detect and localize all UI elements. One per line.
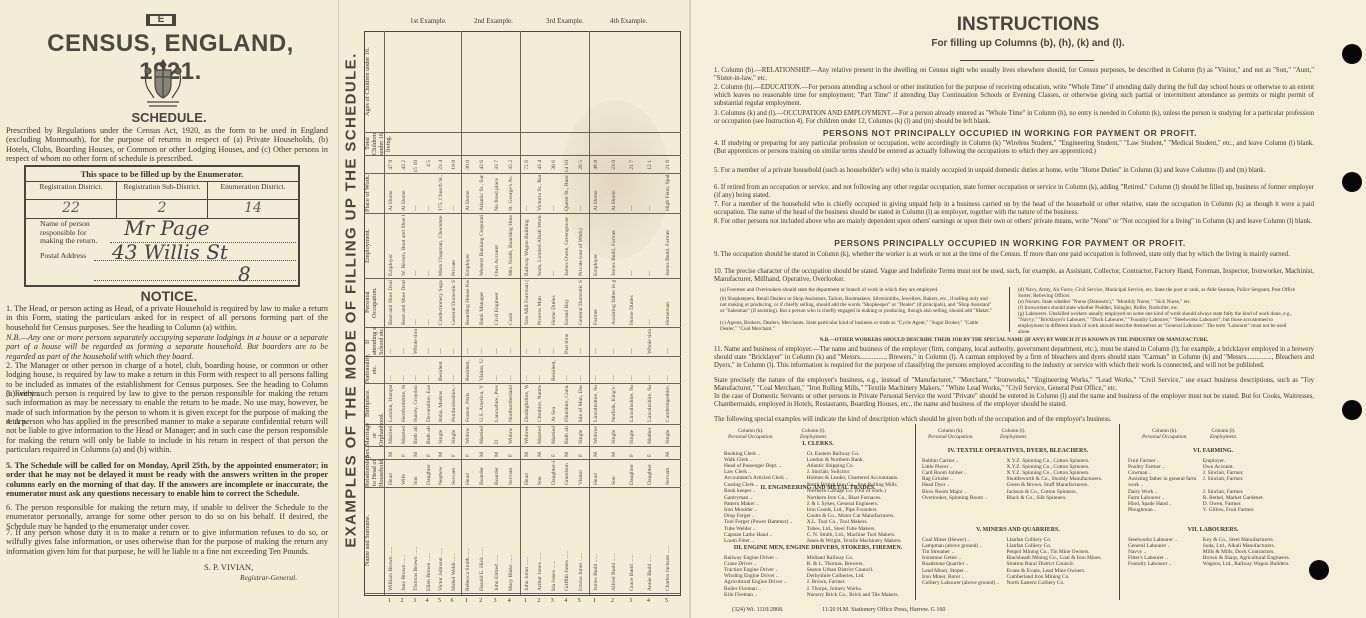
example-cell-sex: M bbox=[665, 448, 671, 457]
example-row-number: 2 bbox=[537, 598, 540, 604]
example-cell-sex: F bbox=[551, 448, 557, 457]
example-cell-occ: Saw Mill Foreman (Retired) bbox=[524, 280, 530, 325]
example-cell-nat: — bbox=[413, 358, 419, 381]
example-cell-rel: Servant bbox=[665, 461, 671, 485]
table-divider bbox=[364, 278, 681, 279]
heading-occupied: PERSONS PRINCIPALLY OCCUPIED IN WORKING … bbox=[690, 238, 1330, 248]
schedule-heading: SCHEDULE. bbox=[0, 110, 338, 125]
instruction-5: 5. For a member of a private household (… bbox=[714, 167, 1314, 175]
example-row-number: 2 bbox=[401, 598, 404, 604]
occupation-cell: Ploughman .. bbox=[1128, 507, 1203, 513]
example-cell-mar: Both alive bbox=[564, 426, 570, 444]
example-cell-school: — bbox=[578, 329, 584, 354]
example-cell-nat: Resident, British bbox=[465, 358, 471, 381]
example-row-number: 1 bbox=[524, 598, 527, 604]
occupation-example-row: Accountant's Articled Clerk ..Holmes & L… bbox=[724, 475, 912, 481]
example-cell-occ: General Domestic Servant bbox=[578, 280, 584, 325]
example-divider bbox=[461, 31, 462, 596]
example-row-number: 3 bbox=[551, 598, 554, 604]
example-cell-place: — bbox=[551, 175, 557, 211]
example-cell-school: — bbox=[479, 329, 485, 354]
example-cell-rel: Visitor bbox=[578, 461, 584, 485]
example-cell-age: 15 10 bbox=[413, 160, 419, 173]
instruction-10: 10. The precise character of the occupat… bbox=[714, 268, 1314, 284]
example-cell-mar: D bbox=[494, 426, 500, 444]
table-divider bbox=[364, 383, 681, 384]
example-cell-name: William Brown ...... bbox=[388, 489, 394, 591]
example-cell-mar: Both alive bbox=[413, 426, 419, 444]
group-heading: III. ENGINE MEN, ENGINE DRIVERS, STOKERS… bbox=[724, 545, 912, 552]
example-cell-rel: Grandson bbox=[564, 461, 570, 485]
example-cell-sex: M bbox=[524, 448, 530, 457]
example-cell-occ: Horseman bbox=[665, 280, 671, 325]
employer-cell: V. Gillow, Fruit Farmer. bbox=[1203, 507, 1298, 513]
example-cell-occ: Errand Boy bbox=[564, 280, 570, 325]
example-cell-rel: Boarder bbox=[479, 461, 485, 485]
sub-b: (b) Shopkeepers, Retail Dealers or Shop … bbox=[720, 296, 995, 314]
example-cell-place: — bbox=[451, 175, 457, 211]
occupation-example-row: Colliery Labourer (above ground) ..North… bbox=[922, 580, 1114, 586]
example-cell-emp: Employer bbox=[593, 215, 599, 276]
example-row-number: 5 bbox=[578, 598, 581, 604]
example-cell-birth: Devonshire, Exeter bbox=[426, 385, 432, 422]
occupation-example-row: Ploughman ..V. Gillow, Fruit Farmer. bbox=[1128, 507, 1298, 513]
example-row-number: 4 bbox=[426, 598, 429, 604]
occupation-example-row: Foundry Labourer ..Wagons, Ltd., Railway… bbox=[1128, 561, 1298, 567]
example-row-number: 5 bbox=[438, 598, 441, 604]
col-k-sub: Personal Occupation. bbox=[928, 434, 974, 440]
example-cell-school: — bbox=[524, 329, 530, 354]
column-divider bbox=[915, 424, 916, 600]
example-cell-name: Arthur Jones ...... bbox=[537, 489, 543, 591]
occupation-cell: Foundry Labourer .. bbox=[1128, 561, 1203, 567]
example-cell-occ: Boot and Shoe Dealer bbox=[388, 280, 394, 325]
example-cell-mar: Widow bbox=[508, 426, 514, 444]
example-cell-occ: — bbox=[413, 280, 419, 325]
heading-not-occupied: PERSONS NOT PRINCIPALLY OCCUPIED IN WORK… bbox=[690, 128, 1330, 138]
instruction-11: 11. Name and business of employer.—The n… bbox=[714, 346, 1314, 369]
example-cell-emp: Mark Chapman, Chocolate Manufacturer bbox=[438, 215, 444, 276]
example-cell-mar: Single bbox=[665, 426, 671, 444]
group-farming: VI. FARMING.Fruit Farmer ..Employer.Poul… bbox=[1128, 445, 1298, 513]
example-cell-emp: Employer bbox=[465, 215, 471, 276]
example-cell-age: 43 6 bbox=[479, 160, 485, 170]
instruction-7: 7. For a member of the household who is … bbox=[714, 201, 1314, 217]
example-cell-mar: Married bbox=[537, 426, 543, 444]
example-cell-school: — bbox=[388, 329, 394, 354]
employer-cell: J. Sinclair, Farmer. bbox=[1203, 476, 1298, 488]
example-cell-sex: F bbox=[451, 448, 457, 457]
name-field[interactable]: Mr Page bbox=[124, 216, 210, 240]
example-cell-name: Annie Budd ...... bbox=[647, 489, 653, 591]
example-cell-rel: Daughter-in-law bbox=[551, 461, 557, 485]
instructions-title: INSTRUCTIONS bbox=[690, 14, 1366, 36]
address-field[interactable]: 43 Willis St bbox=[112, 240, 228, 264]
example-cell-age: 35 2 bbox=[508, 160, 514, 170]
example-cell-rel: Daughter bbox=[647, 461, 653, 485]
col-name: Name and Surname. bbox=[364, 487, 384, 593]
example-cell-nat: Resident bbox=[438, 358, 444, 381]
example-cell-school: — bbox=[401, 329, 407, 354]
example-cell-name: Mabel Webb ...... bbox=[451, 489, 457, 591]
col-employment: Employment. bbox=[364, 213, 384, 278]
example-row-number: 4 bbox=[564, 598, 567, 604]
example-cell-place: High Fenn, Spalding bbox=[665, 175, 671, 211]
group-miners: V. MINERS AND QUARRIERS.Coal Miner (Hewe… bbox=[922, 524, 1114, 586]
occupation-example-row: Assisting father in general farm work ..… bbox=[1128, 476, 1298, 488]
example-cell-birth: Hertfordshire, St. Albans bbox=[401, 385, 407, 422]
example-cell-rel: Son bbox=[611, 461, 617, 485]
examples-title-text: EXAMPLES OF THE MODE OF FILLING UP THE S… bbox=[343, 52, 360, 547]
example-cell-school: — bbox=[508, 329, 514, 354]
example-cell-emp: — bbox=[413, 215, 419, 276]
employer-cell: Black & Co., Silk Spinners. bbox=[1006, 495, 1114, 501]
example-cell-rel: Servant bbox=[451, 461, 457, 485]
example-cell-nat: — bbox=[593, 358, 599, 381]
sub-a: (a) Foremen and Overlookers should state… bbox=[720, 287, 995, 293]
example-row-number: 5 bbox=[665, 598, 668, 604]
col-k-label-2: Column (k).Personal Occupation. bbox=[928, 428, 974, 440]
example-cell-sex: M bbox=[564, 448, 570, 457]
enumeration-district-label: Enumeration District. bbox=[208, 182, 298, 199]
notice-paragraph-5: 5. The Schedule will be called for on Mo… bbox=[6, 461, 328, 498]
example-cell-school: — bbox=[629, 329, 635, 354]
example-cell-birth: London, Hampstead bbox=[388, 385, 394, 422]
example-cell-place: At Home bbox=[465, 175, 471, 211]
example-cell-emp: James Budd, Farmer bbox=[611, 215, 617, 276]
sub-g: (g) Labourers. Unskilled workers usually… bbox=[1018, 311, 1298, 335]
instruction-2: 2. Column (h).—EDUCATION.—For persons at… bbox=[714, 84, 1314, 107]
example-cell-name: Grace Budd ...... bbox=[629, 489, 635, 591]
example-cell-nat: — bbox=[388, 358, 394, 381]
example-cell-place: Atlantic St., San Francisco bbox=[479, 175, 485, 211]
occupation-example-row: Overlooker, Spinning Room ..Black & Co.,… bbox=[922, 495, 1114, 501]
employer-cell: Nursery Brick Co., Brick and Tile Makers… bbox=[807, 592, 912, 598]
example-cell-name: Emma Jones ...... bbox=[578, 489, 584, 591]
example-cell-school: — bbox=[537, 329, 543, 354]
registration-district-label: Registration District. bbox=[26, 182, 117, 199]
instruction-3: 3. Columns (k) and (l).—OCCUPATION AND E… bbox=[714, 110, 1314, 126]
table-divider bbox=[364, 446, 681, 447]
punch-hole bbox=[1342, 44, 1362, 64]
example-cell-sex: M bbox=[388, 448, 394, 457]
example-cell-age: 28 5 bbox=[578, 160, 584, 170]
example-cell-occ: — bbox=[426, 280, 432, 325]
notice-nb: N.B.—Any one or more persons separately … bbox=[6, 333, 328, 361]
example-cell-mar: Widower bbox=[524, 426, 530, 444]
sub-c: (c) Agents, Brokers, Dealers, Merchants.… bbox=[720, 320, 995, 332]
example-cell-age: 21 6 bbox=[665, 160, 671, 170]
example-cell-sex: F bbox=[401, 448, 407, 457]
notice-heading: NOTICE. bbox=[0, 288, 338, 304]
example-row-number: 3 bbox=[629, 598, 632, 604]
example-cell-name: James Budd ...... bbox=[593, 489, 599, 591]
notice-paragraph-1: 1. The Head, or person acting as Head, o… bbox=[6, 304, 328, 332]
example-cell-nat: Visitor, U.S.A. Citizen bbox=[479, 358, 485, 381]
table-divider bbox=[364, 593, 681, 594]
example-cell-sex: F bbox=[578, 448, 584, 457]
example-cell-nat: — bbox=[564, 358, 570, 381]
example-cell-name: Rebecca Smith ...... bbox=[465, 489, 471, 591]
instruction-9: 9. The occupation should be stated in Co… bbox=[714, 251, 1314, 259]
example-cell-name: John Eldred ...... bbox=[494, 489, 500, 591]
example-cell-school: Part time bbox=[564, 329, 570, 354]
example-cell-sex: F bbox=[465, 448, 471, 457]
example-cell-emp: W. Brown, Boot and Shoe Dealer bbox=[401, 215, 407, 276]
printer-imprint: 11/20 H.M. Stationery Office Press, Harr… bbox=[822, 607, 945, 613]
example-row-number: 2 bbox=[479, 598, 482, 604]
example-cell-name: Mary Blake ...... bbox=[508, 489, 514, 591]
sub-d: (d) Navy, Army, Air Force, Civil Service… bbox=[1018, 287, 1298, 299]
example-cell-age: 19 8 bbox=[451, 160, 457, 170]
example-cell-occ: Home Duties bbox=[629, 280, 635, 325]
address-field-2[interactable]: 8 bbox=[238, 262, 251, 286]
example-cell-sex: M bbox=[438, 448, 444, 457]
example-cell-nat: — bbox=[451, 358, 457, 381]
table-divider bbox=[364, 487, 681, 488]
example-cell-emp: — bbox=[647, 215, 653, 276]
table-divider bbox=[364, 424, 681, 425]
example-row-number: 3 bbox=[494, 598, 497, 604]
example-cell-occ: Process Man bbox=[537, 280, 543, 325]
postal-address-label: Postal Address bbox=[40, 252, 86, 261]
example-cell-nat: — bbox=[494, 358, 500, 381]
occupation-example-row: Bobbin Carrier ..X.Y.Z. Spinning Co., Co… bbox=[922, 458, 1114, 464]
example-row-number: 1 bbox=[593, 598, 596, 604]
example-cell-place: — bbox=[524, 175, 530, 211]
example-cell-mar: Single bbox=[451, 426, 457, 444]
example-cell-occ: Farmer bbox=[593, 280, 599, 325]
example-cell-rel: Head bbox=[593, 461, 599, 485]
example-cell-birth: Surrey, Croydon bbox=[413, 385, 419, 422]
column-divider bbox=[1119, 424, 1120, 600]
form-letter-badge: E bbox=[146, 14, 176, 26]
example-cell-school: — bbox=[451, 329, 457, 354]
example-cell-place: 175, Church St., London, W.9 bbox=[438, 175, 444, 211]
example-cell-place: No fixed place bbox=[494, 175, 500, 211]
example-cell-rel: Wife bbox=[401, 461, 407, 485]
example-cell-place: At Home bbox=[593, 175, 599, 211]
example-cell-birth: At Sea bbox=[551, 385, 557, 422]
col-total-children: Total Children under 16 living. bbox=[364, 132, 384, 155]
group-heading: VII. LABOURERS. bbox=[1128, 527, 1298, 534]
nb-line: N.B.—OTHER WORKERS SHOULD DESCRIBE THEIR… bbox=[714, 337, 1314, 343]
example-cell-place: — bbox=[629, 175, 635, 211]
name-of-person-label: Name of person responsible for making th… bbox=[40, 220, 108, 246]
print-code: (324) Wt. 1110/2868. bbox=[732, 607, 783, 613]
example-cell-nat: Resident, British born bbox=[551, 358, 557, 381]
example-cell-sex: F bbox=[647, 448, 653, 457]
example-cell-age: 14 10 bbox=[564, 160, 570, 173]
group-heading: I. CLERKS. bbox=[724, 441, 912, 448]
signatory-name: S. P. VIVIAN, bbox=[204, 562, 253, 572]
occupation-cell: Colliery Labourer (above ground) .. bbox=[922, 580, 1006, 586]
example-cell-occ: Boot and Shoe Dealer's Assistant bbox=[401, 280, 407, 325]
group-heading: IV. TEXTILE OPERATIVES, DYERS, BLEACHERS… bbox=[922, 448, 1114, 455]
table-divider bbox=[364, 132, 681, 133]
example-cell-birth: Denbighshire, Wrexham bbox=[524, 385, 530, 422]
example-cell-mar: Both alive bbox=[426, 426, 432, 444]
example-cell-school: Whole time bbox=[647, 329, 653, 354]
example-cell-nat: — bbox=[401, 358, 407, 381]
example-cell-sex: F bbox=[508, 448, 514, 457]
example-cell-age: 21 7 bbox=[629, 160, 635, 170]
col-ages-children: Ages of Children under 16. bbox=[364, 31, 384, 132]
example-row-number: 6 bbox=[451, 598, 454, 604]
table-divider bbox=[384, 31, 385, 596]
registration-subdistrict-label: Registration Sub-District. bbox=[117, 182, 208, 199]
example-cell-birth: India, Madras bbox=[438, 385, 444, 422]
employer-cell: North Eastern Colliery Co. bbox=[1006, 580, 1114, 586]
example-cell-mar: Widow bbox=[465, 426, 471, 444]
example-cell-emp: Railway Wagon Building bbox=[524, 215, 530, 276]
enumeration-district-field[interactable]: 14 bbox=[208, 200, 298, 218]
group-heading: II. ENGINEERING AND METAL TRADES. bbox=[724, 485, 912, 492]
example-cell-birth: Northumberland, Sowby bbox=[508, 385, 514, 422]
occupation-cell: Overlooker, Spinning Room .. bbox=[922, 495, 1006, 501]
example-cell-emp: — bbox=[426, 215, 432, 276]
example-cell-nat: — bbox=[524, 358, 530, 381]
example-cell-age: 43 4 bbox=[537, 160, 543, 170]
example-cell-nat: — bbox=[629, 358, 635, 381]
example-cell-emp: Mrs. Smith, Boarding House Keeper bbox=[508, 215, 514, 276]
col-relationship: Relationship to Head of Household. bbox=[364, 459, 384, 487]
example-cell-rel: Son bbox=[413, 461, 419, 485]
instruction-8: 8. For other persons not included above … bbox=[714, 218, 1314, 226]
example-cell-emp: — bbox=[551, 215, 557, 276]
example-cell-occ: Boarding House Keeper bbox=[465, 280, 471, 325]
group-labourers: VII. LABOURERS.Steelworks Labourer ..Key… bbox=[1128, 524, 1298, 568]
table-divider bbox=[364, 155, 681, 156]
example-cell-name: Charles Jackson ...... bbox=[665, 489, 671, 591]
example-cell-birth: Isle of Man, Douglas bbox=[578, 385, 584, 422]
example-cell-school: — bbox=[593, 329, 599, 354]
example-cell-name: Thomas Brown ...... bbox=[413, 489, 419, 591]
examples-title: EXAMPLES OF THE MODE OF FILLING UP THE S… bbox=[340, 0, 362, 600]
example-cell-nat: — bbox=[611, 358, 617, 381]
example-cell-mar: Married bbox=[479, 426, 485, 444]
example-cell-birth: Flintshire, Connah's Quay bbox=[564, 385, 570, 422]
example-cell-school: — bbox=[438, 329, 444, 354]
example-cell-name: Ida Jones ...... bbox=[551, 489, 557, 591]
enumerator-box-heading: This space to be filled up by the Enumer… bbox=[26, 167, 298, 182]
example-divider bbox=[520, 31, 521, 596]
punch-hole bbox=[1309, 560, 1329, 580]
example-cell-rel: Head bbox=[388, 461, 394, 485]
title-rule bbox=[960, 60, 1094, 61]
col-marriage: Marriage or Orphanhood. bbox=[364, 424, 384, 446]
table-divider bbox=[364, 356, 681, 357]
example-cell-name: Harold E. Hick ...... bbox=[479, 489, 485, 591]
example-cell-mar: Married bbox=[388, 426, 394, 444]
notice-paragraph-7: 7. If any person whose duty it is to mak… bbox=[6, 528, 328, 556]
instruction-6: 6. If retired from an occupation or serv… bbox=[714, 184, 1314, 200]
example-row-number: 1 bbox=[388, 598, 391, 604]
example-cell-nat: — bbox=[665, 358, 671, 381]
example-cell-birth: U.S. America, Virginia bbox=[479, 385, 485, 422]
col-k-label-3: Column (k).Personal Occupation. bbox=[1142, 428, 1188, 440]
col-k-sub: Personal Occupation. bbox=[1142, 434, 1188, 440]
example-cell-mar: Single bbox=[611, 426, 617, 444]
example-cell-emp: Soda, Limited Alkali Works bbox=[537, 215, 543, 276]
col-l-sub: Employment. bbox=[1210, 434, 1237, 440]
example-cell-place: Queen St., Runcorn bbox=[564, 175, 570, 211]
example-cell-age: 4 5 bbox=[426, 160, 432, 167]
example-cell-emp: Employer bbox=[388, 215, 394, 276]
example-cell-place: St. George's Av., Southport bbox=[508, 175, 514, 211]
example-cell-school: — bbox=[465, 329, 471, 354]
example-cell-emp: Western Banking Corporation bbox=[479, 215, 485, 276]
example-cell-school: — bbox=[551, 329, 557, 354]
example-cell-place: — bbox=[426, 175, 432, 211]
group-heading: V. MINERS AND QUARRIERS. bbox=[922, 527, 1114, 534]
example-cell-school: — bbox=[426, 329, 432, 354]
col-l-label-2: Column (l).Employment. bbox=[1000, 428, 1027, 440]
example-cell-occ: Bank Manager bbox=[479, 280, 485, 325]
example-cell-name: Jane Brown ...... bbox=[401, 489, 407, 591]
example-cell-age: 23 0 bbox=[611, 160, 617, 170]
example-cell-emp: Private (out of Work) bbox=[578, 215, 584, 276]
example-cell-nat: — bbox=[537, 358, 543, 381]
example-cell-school: Whole time bbox=[413, 329, 419, 354]
table-divider bbox=[364, 327, 681, 328]
example-cell-rel: Head bbox=[524, 461, 530, 485]
notice-paragraph-4: 4. A person who has applied in the presc… bbox=[6, 417, 328, 454]
example-cell-name: Alfred Budd ...... bbox=[611, 489, 617, 591]
occupation-example-row: Lead Miner, Stoper ..Evans & Evans, Lead… bbox=[922, 568, 1114, 574]
col-place-of-work: Place of Work. bbox=[364, 173, 384, 213]
example-cell-mar: Married bbox=[401, 426, 407, 444]
example-cell-name: John Jones ...... bbox=[524, 489, 530, 591]
example-cell-nat: — bbox=[426, 358, 432, 381]
example-cell-mar: Widower bbox=[593, 426, 599, 444]
example-cell-age: 47 9 bbox=[388, 160, 394, 170]
example-cell-birth: Pembrokeshire, Goodwick bbox=[451, 385, 457, 422]
registration-district-field[interactable]: 22 bbox=[26, 200, 117, 218]
occupation-cell: Kiln Fireman .. bbox=[724, 592, 807, 598]
sub-divider bbox=[1009, 287, 1010, 332]
example-cell-occ: General Domestic Servant bbox=[451, 280, 457, 325]
example-cell-occ: Assisting father in general farm work bbox=[611, 280, 617, 325]
example-row-number: 2 bbox=[611, 598, 614, 604]
example-cell-emp: James Owen, Greengrocer bbox=[564, 215, 570, 276]
example-cell-emp: Own Account bbox=[494, 215, 500, 276]
example-cell-rel: Daughter bbox=[629, 461, 635, 485]
col-school: If attending a School etc. bbox=[364, 327, 384, 356]
example-row-number: 4 bbox=[647, 598, 650, 604]
example-cell-sex: M bbox=[537, 448, 543, 457]
example-cell-place: — bbox=[578, 175, 584, 211]
example-cell-place: At Home bbox=[388, 175, 394, 211]
table-divider bbox=[364, 459, 681, 460]
occupation-cell: Assisting father in general farm work .. bbox=[1128, 476, 1203, 488]
example-cell-mar: Single bbox=[578, 426, 584, 444]
instruction-11-c: In the case of Domestic Servants or othe… bbox=[714, 393, 1314, 409]
example-cell-emp: James Budd, Farmer bbox=[665, 215, 671, 276]
table-divider bbox=[364, 213, 681, 214]
example-cell-nat: — bbox=[508, 358, 514, 381]
example-cell-place: Victoria St., Runcorn bbox=[537, 175, 543, 211]
col-l-sub: Employment. bbox=[1000, 434, 1027, 440]
example-cell-occ: Home Duties bbox=[551, 280, 557, 325]
royal-coat-of-arms-icon bbox=[143, 58, 183, 110]
table-divider bbox=[364, 173, 681, 174]
instructions-subtitle: For filling up Columns (b), (h), (k) and… bbox=[690, 38, 1366, 49]
group-heading: VI. FARMING. bbox=[1128, 448, 1298, 455]
example-cell-age: 23 4 bbox=[438, 160, 444, 170]
example-cell-sex: F bbox=[629, 448, 635, 457]
example-cell-mar: Single bbox=[438, 426, 444, 444]
